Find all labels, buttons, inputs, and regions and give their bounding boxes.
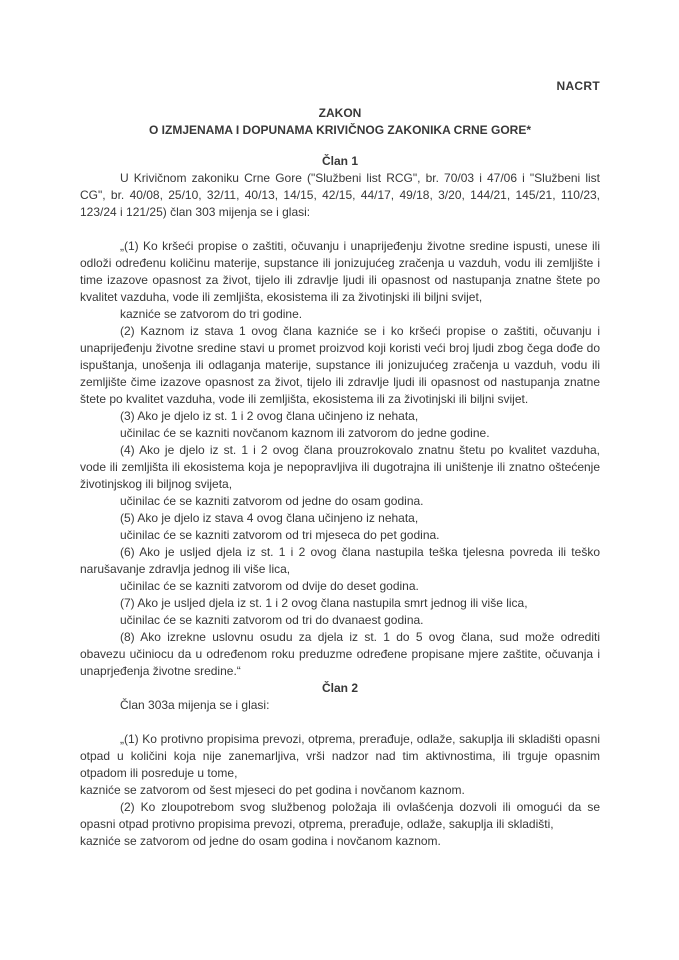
paragraph: Član 303a mijenja se i glasi:	[80, 697, 600, 714]
paragraph: „(1) Ko kršeći propise o zaštiti, očuvan…	[80, 238, 600, 306]
paragraph: (7) Ako je usljed djela iz st. 1 i 2 ovo…	[80, 595, 600, 612]
paragraph: (4) Ako je djelo iz st. 1 i 2 ovog člana…	[80, 442, 600, 493]
article-heading: Član 1	[80, 153, 600, 170]
paragraph: (2) Kaznom iz stava 1 ovog člana kazniće…	[80, 323, 600, 408]
law-title: ZAKON	[80, 105, 600, 122]
document-page: NACRT ZAKON O IZMJENAMA I DOPUNAMA KRIVI…	[0, 0, 679, 960]
paragraph: učinilac će se kazniti zatvorom od dvije…	[80, 578, 600, 595]
blank-line	[80, 221, 600, 238]
document-body: Član 1U Krivičnom zakoniku Crne Gore ("S…	[80, 153, 600, 850]
paragraph: kazniće se zatvorom od šest mjeseci do p…	[80, 782, 600, 799]
paragraph: kazniće se zatvorom do tri godine.	[80, 306, 600, 323]
paragraph: „(1) Ko protivno propisima prevozi, otpr…	[80, 731, 600, 782]
draft-label: NACRT	[80, 78, 600, 95]
paragraph: U Krivičnom zakoniku Crne Gore ("Služben…	[80, 170, 600, 221]
blank-line	[80, 714, 600, 731]
law-subtitle: O IZMJENAMA I DOPUNAMA KRIVIČNOG ZAKONIK…	[80, 122, 600, 139]
paragraph: (5) Ako je djelo iz stava 4 ovog člana u…	[80, 510, 600, 527]
paragraph: (8) Ako izrekne uslovnu osudu za djela i…	[80, 629, 600, 680]
paragraph: (3) Ako je djelo iz st. 1 i 2 ovog člana…	[80, 408, 600, 425]
paragraph: (6) Ako je usljed djela iz st. 1 i 2 ovo…	[80, 544, 600, 578]
document-content: NACRT ZAKON O IZMJENAMA I DOPUNAMA KRIVI…	[80, 78, 600, 850]
paragraph: učinilac će se kazniti novčanom kaznom i…	[80, 425, 600, 442]
article-heading: Član 2	[80, 680, 600, 697]
law-title-group: ZAKON O IZMJENAMA I DOPUNAMA KRIVIČNOG Z…	[80, 105, 600, 139]
paragraph: učinilac će se kazniti zatvorom od tri m…	[80, 527, 600, 544]
paragraph: učinilac će se kazniti zatvorom od tri d…	[80, 612, 600, 629]
paragraph: (2) Ko zloupotrebom svog službenog polož…	[80, 799, 600, 833]
paragraph: učinilac će se kazniti zatvorom od jedne…	[80, 493, 600, 510]
paragraph: kazniće se zatvorom od jedne do osam god…	[80, 833, 600, 850]
